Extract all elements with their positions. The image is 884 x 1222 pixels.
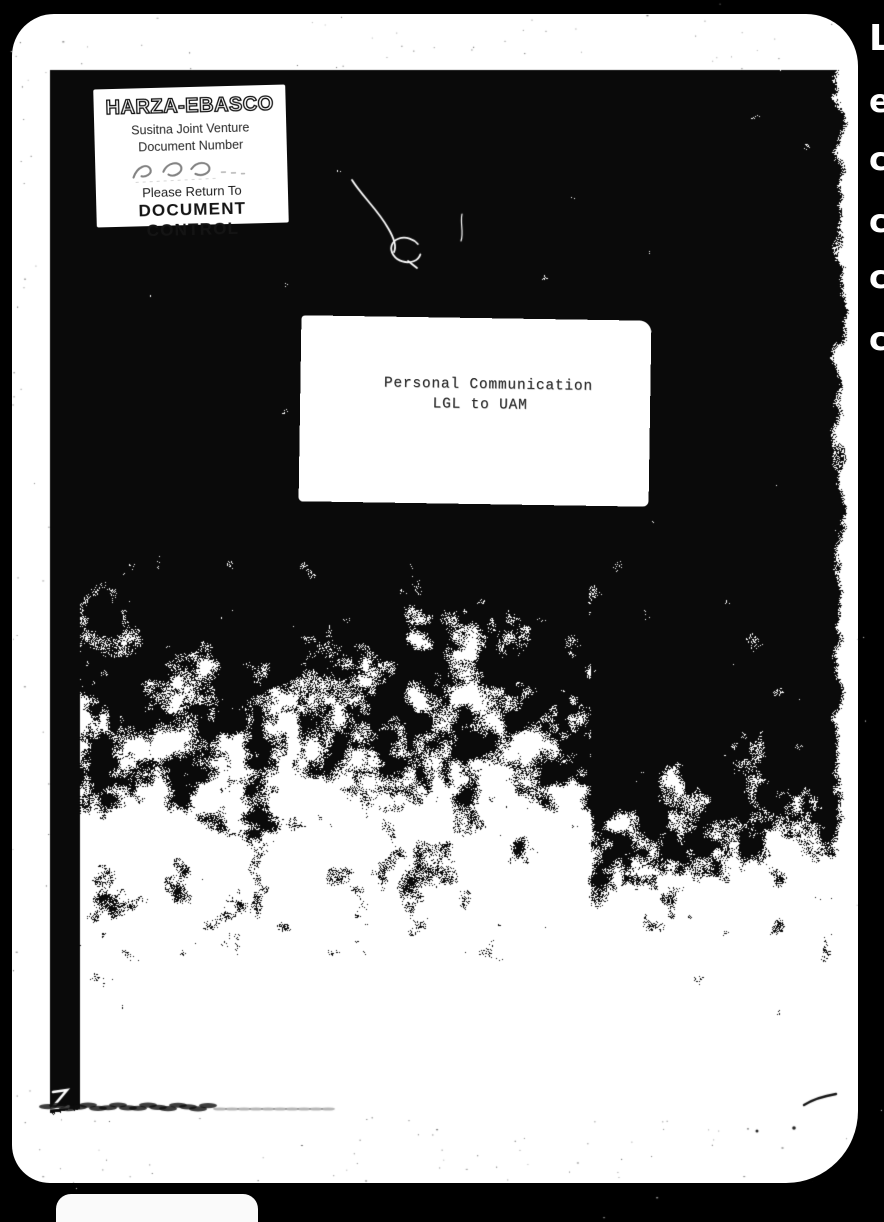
edge-glyph: c bbox=[869, 320, 884, 358]
document-control-sticker: HARZA-EBASCO Susitna Joint Venture Docum… bbox=[93, 85, 289, 228]
handwritten-number-scribble bbox=[127, 154, 256, 185]
scanned-document-cover: HARZA-EBASCO Susitna Joint Venture Docum… bbox=[0, 0, 884, 1222]
edge-glyph: c bbox=[869, 140, 884, 178]
harza-ebasco-logo: HARZA-EBASCO bbox=[93, 93, 286, 120]
edge-glyph: c bbox=[869, 202, 884, 240]
edge-glyph: e bbox=[869, 82, 884, 120]
title-line-2: LGL to UAM bbox=[300, 393, 650, 416]
title-sticker: Personal Communication LGL to UAM bbox=[299, 315, 652, 506]
document-number-text: Document Number bbox=[95, 135, 287, 157]
document-control-text: DOCUMENT CONTROL bbox=[96, 197, 289, 242]
edge-glyph: L bbox=[869, 18, 884, 59]
edge-glyph: c bbox=[869, 258, 884, 296]
